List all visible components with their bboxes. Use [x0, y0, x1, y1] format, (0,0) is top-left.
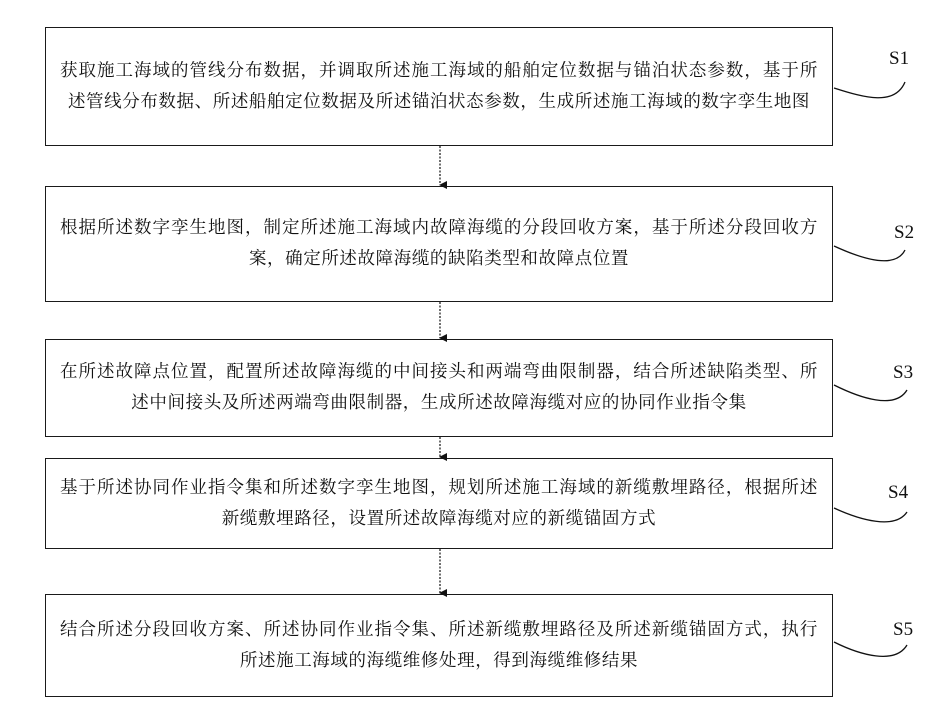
step-label-s2: S2 [894, 222, 914, 244]
connectors [0, 0, 936, 727]
step-label-s4: S4 [888, 482, 908, 504]
step-label-s3: S3 [893, 362, 913, 384]
step-label-s1: S1 [889, 48, 909, 70]
step-label-s5: S5 [893, 619, 913, 641]
